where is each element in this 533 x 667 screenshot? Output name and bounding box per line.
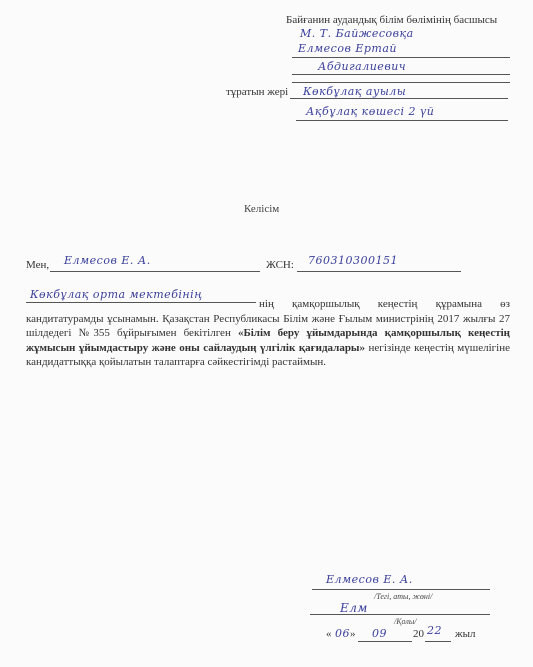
iin-label: ЖСН: [266, 259, 294, 271]
signature-label: /Қолы/ [394, 617, 416, 626]
residence-top-line [292, 82, 510, 83]
date-close-quote: » [350, 628, 356, 640]
date-suffix: жыл [455, 628, 475, 640]
signature-line [310, 614, 490, 615]
residence-line1-underline [290, 98, 508, 99]
sender-patronymic: Абдигалиевич [318, 60, 406, 73]
sender-name: Елмесов Ертай [298, 42, 397, 55]
applicant-name: Елмесов Е. А. [64, 254, 151, 267]
applicant-name-line [50, 271, 260, 272]
sender-name-line [292, 57, 510, 58]
sender-patronymic-line [292, 74, 510, 75]
signature: Елм [340, 601, 368, 615]
residence-label: тұратын жері [226, 86, 288, 98]
signer-fullname: Елмесов Е. А. [326, 573, 413, 586]
date-month: 09 [372, 627, 387, 640]
residence-line2-underline [296, 120, 508, 121]
date-year-prefix: 20 [413, 628, 424, 640]
date-year-line [425, 641, 451, 642]
me-label: Мен, [26, 259, 49, 271]
recipient-title: Байғанин аудандық білім бөлімінің басшыс… [286, 14, 497, 26]
date-month-line [358, 641, 412, 642]
document-title: Келісім [244, 203, 279, 215]
consent-paragraph: нің қамқоршылық кеңестің құрамына өз кан… [26, 297, 510, 370]
residence-line2: Ақбұлақ көшесі 2 үй [306, 105, 434, 118]
signer-fullname-label: /Тегі, аты, жөні/ [374, 592, 432, 601]
signer-fullname-line [312, 589, 490, 590]
residence-line1: Көкбұлақ ауылы [303, 85, 406, 98]
iin-line [297, 271, 461, 272]
date-open-quote: « [326, 628, 332, 640]
recipient-name: М. Т. Байжесовқа [300, 27, 414, 40]
iin-value: 760310300151 [308, 254, 398, 267]
date-day: 06 [335, 627, 350, 640]
date-year: 22 [427, 624, 442, 637]
